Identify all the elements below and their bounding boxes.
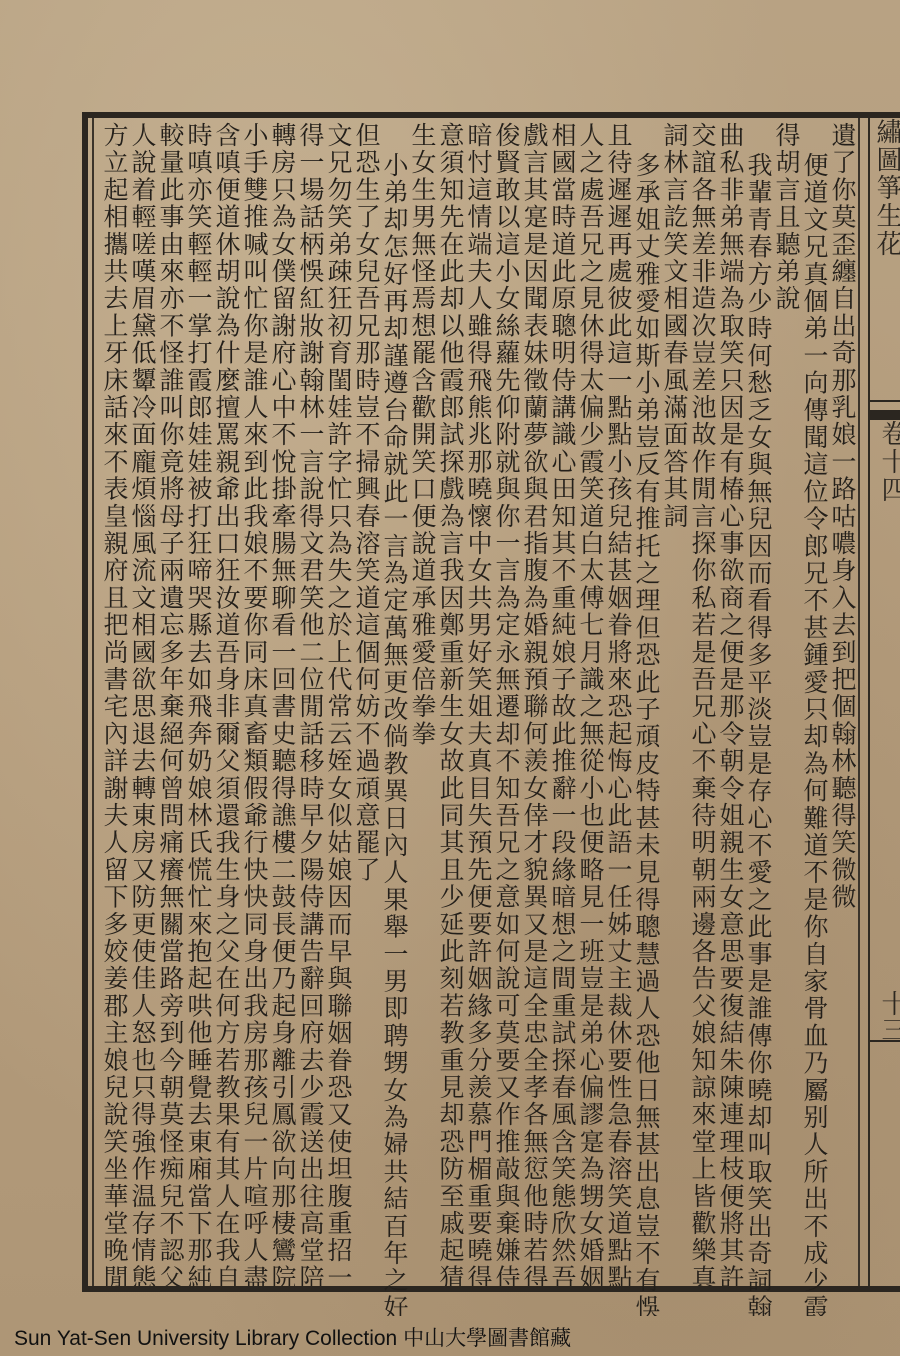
caption-english: Sun Yat-Sen University Library Collectio… [14,1327,397,1350]
margin-volume-label: 卷十四 [874,420,900,504]
margin-column-rule [858,118,860,1286]
text-column: 交誼各無差非造次豈差池故作閒言探你私若是吾兄心不棄待明朝兩邊各告父娘知諒來堂上皆… [688,118,716,1286]
margin-column [868,118,900,1286]
text-column: 多承姐丈雅愛如斯小弟豈反有推托之理但恐此子頑皮特甚未見得聰慧過人恐他日無甚出息豈… [632,118,660,1316]
text-column: 小弟却怎好再却謹遵台命就此一言為定萬無更改倘教異日內人果舉一男即聘甥女為婦共結百… [380,118,408,1316]
text-column: 相國當時道此原聰明侍講識心田知其不重純娘子故此推辭一段緣暗想之間重試探春風含笑態… [548,118,576,1286]
text-column: 時嗔亦笑輕輕一掌打霞郎娃娃被打狂啼哭縣去如飛奔奶娘林氏慌忙來抱起哄他睡覺去東廂當… [184,118,212,1286]
text-column: 人之處吾兄之見休得太偏少霞笑道白太傅七月識之無從小也便略見一班豈是弟心偏謬寔為甥… [576,118,604,1286]
caption-chinese: 中山大學圖書館藏 [403,1326,571,1350]
text-column: 小手雙推喊叫忙你是誰人來到此我娘不要你同床真畜類假爺行快快同身出我房那孩兒一片喧… [240,118,268,1286]
margin-book-title: 繡圖箏生花 [874,118,900,258]
text-column: 人說着輕嗟嘆眉黛低顰冷面龐煩惱風流文相國欲思退去轉東房又防更使佳人怒也只得強作温… [128,118,156,1286]
text-column: 曲私非弟無端為取笑只因是有椿心事欲商之便是那令朝令姐親生女意思要復結朱陳連理枝便… [716,118,744,1286]
text-column: 遺了你莫歪纏自出奇那乳娘一路咕噥身入去到把個翰林聽得笑微微 [828,118,856,1286]
text-column: 但恐生了女兒吾兄那時豈不掃興春溶笑道這個何妨不過頑意罷了 [352,118,380,1286]
text-column: 且待遲遲再處彼此這一點點小孩兒結甚姻眷將來恐起悔心此語一任姊丈主裁休要性急春溶笑… [604,118,632,1286]
margin-page-number: 十三 [874,990,900,1042]
text-column: 俊賢敢以這小女絲蘿先仰附就與你一言為定永無遷却不知吾兄之意如何說可莫要又作推敲與… [492,118,520,1286]
text-column: 暗忖這情端夫人雖得飛熊兆那曉懷中女共男好笑姐夫真目失預先便要許姻緣多分羨慕門楣重… [464,118,492,1286]
text-column: 便道文兄真個弟一向傳聞這位令郎兄不甚鍾愛只却為何難道不是你自家骨血乃屬别人所出不… [800,118,828,1316]
inner-border-line [92,118,94,1286]
collection-caption: Sun Yat-Sen University Library Collectio… [14,1322,571,1352]
text-column: 意須知先在此却以他霞郎試探戲為言我因鄭重新生女故此同其且少延此刻若教重見却恐防至… [436,118,464,1286]
text-column: 詞林言訖笑文相國春風滿面答其詞 [660,118,688,1286]
text-column: 得一場話柄悞紅妝謝翰林一言說得文君笑他二位閒話移時早夕陽侍講告辭回府去少霞送出往… [296,118,324,1286]
text-column: 文兄勿笑弟疎狂初育閨娃許字忙只為失之於上代常云姪女似姑娘因而早與聯姻眷恐又使坦腹… [324,118,352,1286]
vertical-text-body: 遺了你莫歪纏自出奇那乳娘一路咕噥身入去到把個翰林聽得笑微微 便道文兄真個弟一向傳… [96,118,856,1286]
text-column: 較量此事由來亦不怪誰叫你竟將母子兩遺忘多年棄絕何曾問痛癢無關當路旁到今朝莫怪痴兒… [156,118,184,1286]
text-column: 生女生男無怪焉想罷含歡開笑口便說道承雅愛倍拳拳 [408,118,436,1286]
text-column: 方立起相攜共去上牙床話來不表皇親府且把尚書宅內詳謝夫人留下多姣姜郡主娘兒說笑坐華… [100,118,128,1286]
text-column: 戲言其寔是因聞表妹徵蘭夢欲與君指腹為婚親預聯何羨女倖才貌異又是這全忠全孝各無愆他… [520,118,548,1286]
text-column: 轉房只為女僕留謝府心中不悅掛牽腸無聊看一回書史聽得譙樓二鼓長便乃起身離引鳳欲向那… [268,118,296,1286]
text-column: 我輩青春方少時何愁乏女與無兒因而看得多平淡豈是存心不愛之此事是誰傳你曉却叫取笑出… [744,118,772,1316]
text-column: 得胡言且聽弟說 [772,118,800,1286]
fishtail-mark [870,410,900,420]
text-column: 含嗔便道休胡說為什麼擅罵親爺出口狂汝道吾身非爾父須還我生身之父在何方若教果有其人… [212,118,240,1286]
fishtail-rule [870,400,900,402]
